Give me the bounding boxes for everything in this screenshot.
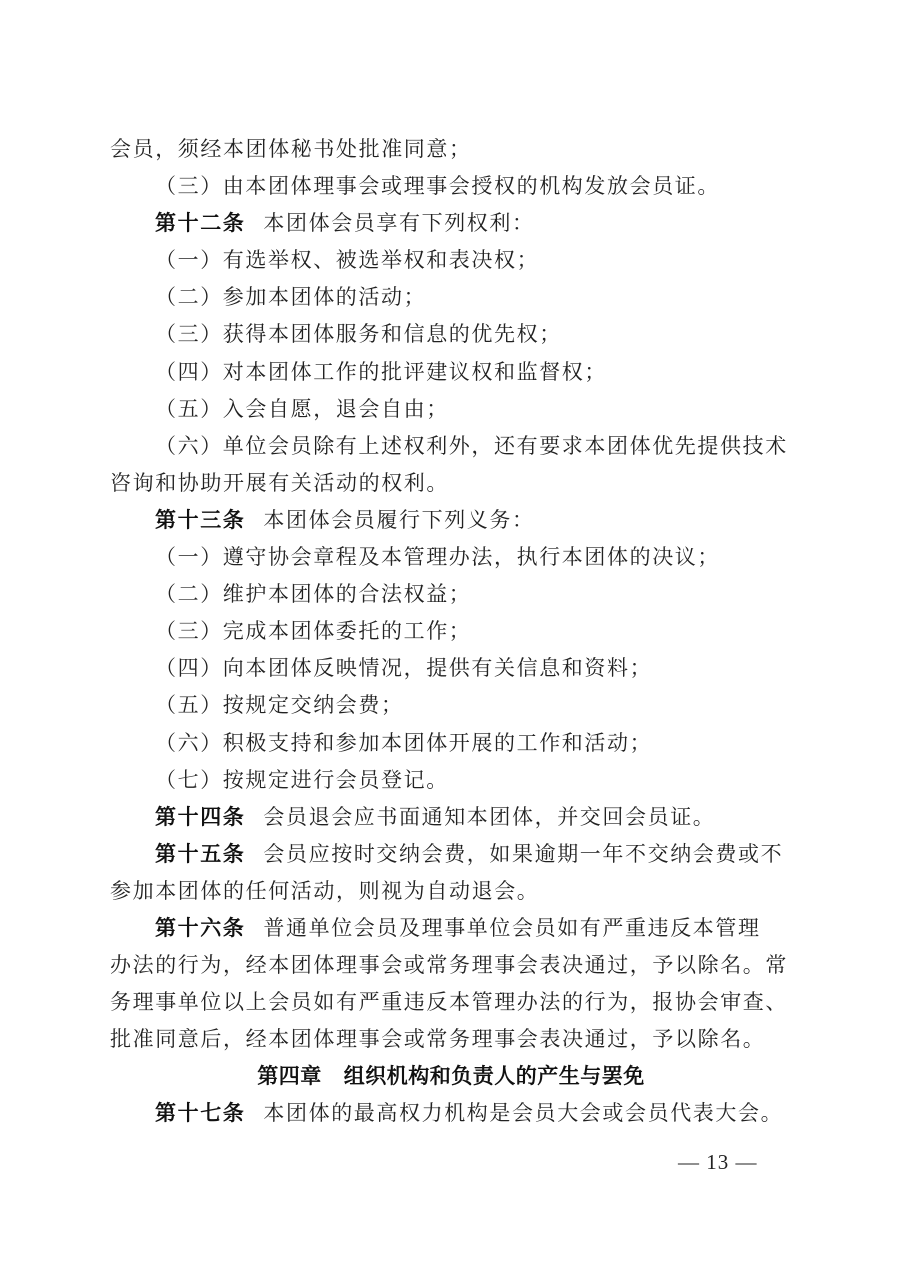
list-item: （三）完成本团体委托的工作； [110,613,792,650]
article-label: 第十二条 [155,211,245,235]
list-item: （七）按规定进行会员登记。 [110,762,792,799]
article-label: 第十六条 [155,916,245,940]
article-text: 本团体会员享有下列权利： [263,211,534,235]
article-text: 会员退会应书面通知本团体，并交回会员证。 [263,805,715,829]
article-13: 第十三条本团体会员履行下列义务： [110,502,792,539]
paragraph-continuation: 务理事单位以上会员如有严重违反本管理办法的行为，报协会审查、 [110,984,792,1021]
paragraph-continuation: 办法的行为，经本团体理事会或常务理事会表决通过，予以除名。常 [110,947,792,984]
list-item: （五）按规定交纳会费； [110,687,792,724]
chapter-heading: 第四章组织机构和负责人的产生与罢免 [110,1058,792,1095]
article-12: 第十二条本团体会员享有下列权利： [110,205,792,242]
article-text: 会员应按时交纳会费，如果逾期一年不交纳会费或不 [263,842,783,866]
list-item: （三）获得本团体服务和信息的优先权； [110,316,792,353]
document-page: 会员，须经本团体秘书处批准同意； （三）由本团体理事会或理事会授权的机构发放会员… [110,131,792,1133]
article-label: 第十三条 [155,508,245,532]
list-item: （二）参加本团体的活动； [110,279,792,316]
article-label: 第十七条 [155,1101,245,1125]
article-text: 本团体会员履行下列义务： [263,508,534,532]
article-15: 第十五条会员应按时交纳会费，如果逾期一年不交纳会费或不 [110,836,792,873]
list-item: （三）由本团体理事会或理事会授权的机构发放会员证。 [110,168,792,205]
article-14: 第十四条会员退会应书面通知本团体，并交回会员证。 [110,799,792,836]
list-item: （四）向本团体反映情况，提供有关信息和资料； [110,650,792,687]
list-item: （六）单位会员除有上述权利外，还有要求本团体优先提供技术 [110,428,792,465]
list-item: （一）有选举权、被选举权和表决权； [110,242,792,279]
list-item: （六）积极支持和参加本团体开展的工作和活动； [110,725,792,762]
list-item: （一）遵守协会章程及本管理办法，执行本团体的决议； [110,539,792,576]
article-label: 第十四条 [155,805,245,829]
article-16: 第十六条普通单位会员及理事单位会员如有严重违反本管理 [110,910,792,947]
article-text: 普通单位会员及理事单位会员如有严重违反本管理 [263,916,760,940]
article-label: 第十五条 [155,842,245,866]
article-text: 本团体的最高权力机构是会员大会或会员代表大会。 [263,1101,783,1125]
paragraph-continuation: 咨询和协助开展有关活动的权利。 [110,465,792,502]
paragraph-continuation: 批准同意后，经本团体理事会或常务理事会表决通过，予以除名。 [110,1021,792,1058]
paragraph-continuation: 会员，须经本团体秘书处批准同意； [110,131,792,168]
chapter-label: 第四章 [257,1064,322,1088]
list-item: （五）入会自愿，退会自由； [110,391,792,428]
article-17: 第十七条本团体的最高权力机构是会员大会或会员代表大会。 [110,1095,792,1132]
paragraph-continuation: 参加本团体的任何活动，则视为自动退会。 [110,873,792,910]
page-number: — 13 — [678,1150,758,1175]
list-item: （四）对本团体工作的批评建议权和监督权； [110,354,792,391]
list-item: （二）维护本团体的合法权益； [110,576,792,613]
chapter-title: 组织机构和负责人的产生与罢免 [344,1064,645,1088]
